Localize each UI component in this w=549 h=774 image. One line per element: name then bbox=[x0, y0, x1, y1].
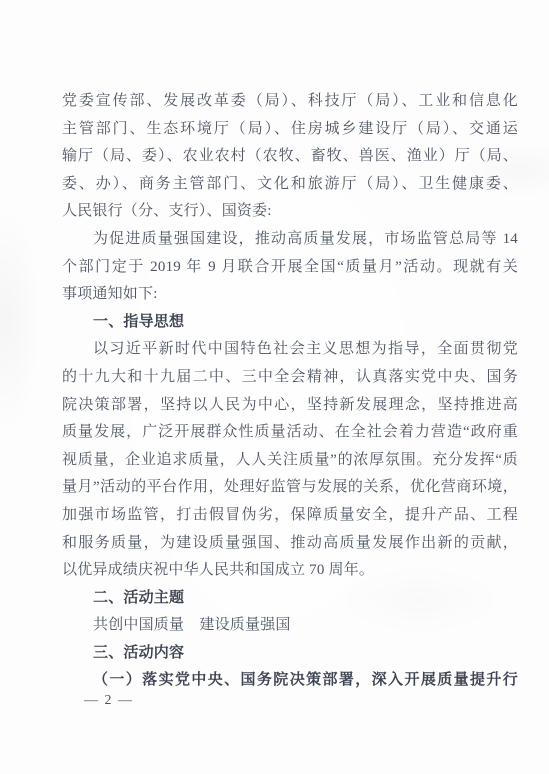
text-line: 人民银行（分、支行）、国资委: bbox=[62, 198, 518, 226]
section-heading: 一、指导思想 bbox=[62, 309, 518, 337]
text-line: 的十九大和十九届二中、三中全会精神，认真落实党中央、国务 bbox=[62, 364, 518, 392]
text-line: 委、办）、商务主管部门、文化和旅游厅（局）、卫生健康委、 bbox=[62, 171, 518, 199]
text-line: 事项通知如下: bbox=[62, 281, 518, 309]
text-line: 输厅（局、委）、农业农村（农牧、畜牧、兽医、渔业）厅（局、 bbox=[62, 143, 518, 171]
page-number: — 2 — bbox=[84, 693, 134, 709]
section-heading: 三、活动内容 bbox=[62, 640, 518, 668]
text-line: 和服务质量，为建设质量强国、推动高质量发展作出新的贡献， bbox=[62, 530, 518, 558]
text-line: 为促进质量强国建设，推动高质量发展，市场监管总局等 14 bbox=[62, 226, 518, 254]
text-line: 量月”活动的平台作用，处理好监管与发展的关系，优化营商环境， bbox=[62, 474, 518, 502]
text-line: 质量发展，广泛开展群众性质量活动、在全社会着力营造“政府重 bbox=[62, 419, 518, 447]
text-line: 个部门定于 2019 年 9 月联合开展全国“质量月”活动。现就有关 bbox=[62, 254, 518, 282]
document-body: 党委宣传部、发展改革委（局）、科技厅（局）、工业和信息化主管部门、生态环境厅（局… bbox=[62, 88, 518, 695]
text-line: 加强市场监管，打击假冒伪劣，保障质量安全，提升产品、工程 bbox=[62, 502, 518, 530]
text-line: 以习近平新时代中国特色社会主义思想为指导，全面贯彻党 bbox=[62, 336, 518, 364]
text-line: 共创中国质量 建设质量强国 bbox=[62, 612, 518, 640]
text-line: 党委宣传部、发展改革委（局）、科技厅（局）、工业和信息化 bbox=[62, 88, 518, 116]
text-line: 主管部门、生态环境厅（局）、住房城乡建设厅（局）、交通运 bbox=[62, 116, 518, 144]
section-heading: （一）落实党中央、国务院决策部署，深入开展质量提升行 bbox=[62, 667, 518, 695]
section-heading: 二、活动主题 bbox=[62, 585, 518, 613]
document-page: 党委宣传部、发展改革委（局）、科技厅（局）、工业和信息化主管部门、生态环境厅（局… bbox=[0, 0, 549, 774]
text-line: 视质量，企业追求质量，人人关注质量”的浓厚氛围。充分发挥“质 bbox=[62, 447, 518, 475]
text-line: 院决策部署，坚持以人民为中心，坚持新发展理念，坚持推进高 bbox=[62, 392, 518, 420]
text-line: 以优异成绩庆祝中华人民共和国成立 70 周年。 bbox=[62, 557, 518, 585]
